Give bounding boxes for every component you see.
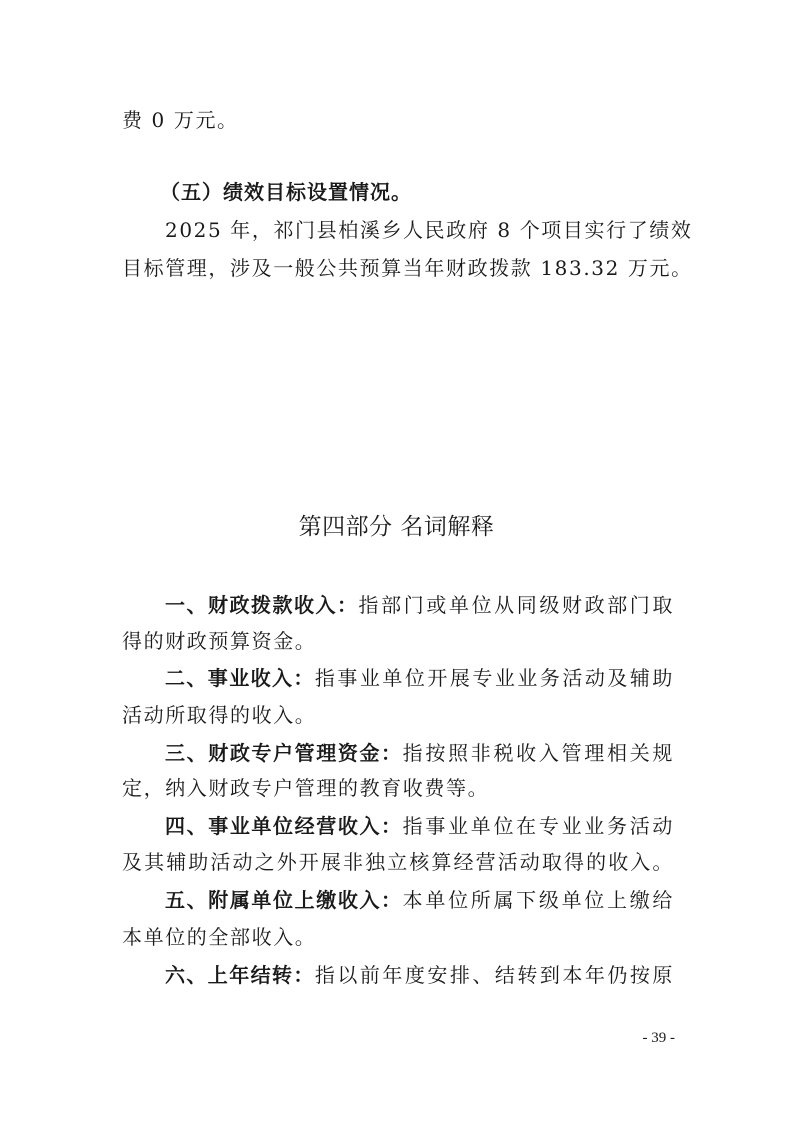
term-label: 一、财政拨款收入： bbox=[165, 593, 359, 617]
part-heading: 第四部分 名词解释 bbox=[0, 512, 793, 542]
section-title-performance-goals: （五）绩效目标设置情况。 bbox=[160, 179, 669, 205]
term-definition: 三、财政专户管理资金：指按照非税收入管理相关规 bbox=[165, 740, 674, 766]
term-definition-cont: 活动所取得的收入。 bbox=[122, 702, 674, 728]
term-definition: 六、上年结转：指以前年度安排、结转到本年仍按原 bbox=[165, 962, 674, 988]
paragraph-line: 目标管理，涉及一般公共预算当年财政拨款 183.32 万元。 bbox=[122, 255, 674, 281]
paragraph-line: 2025 年，祁门县柏溪乡人民政府 8 个项目实行了绩效 bbox=[165, 217, 674, 243]
term-definition-cont: 得的财政预算资金。 bbox=[122, 628, 674, 654]
term-definition: 五、附属单位上缴收入：本单位所属下级单位上缴给 bbox=[165, 887, 674, 913]
term-label: 五、附属单位上缴收入： bbox=[165, 888, 403, 912]
term-text: 指按照非税收入管理相关规 bbox=[403, 741, 674, 765]
term-definition: 四、事业单位经营收入：指事业单位在专业业务活动 bbox=[165, 813, 674, 839]
term-definition: 一、财政拨款收入：指部门或单位从同级财政部门取 bbox=[165, 592, 674, 618]
term-label: 二、事业收入： bbox=[165, 666, 315, 690]
term-definition-cont: 本单位的全部收入。 bbox=[122, 924, 674, 950]
term-text: 指事业单位在专业业务活动 bbox=[403, 814, 674, 838]
term-text: 本单位所属下级单位上缴给 bbox=[403, 888, 674, 912]
term-label: 四、事业单位经营收入： bbox=[165, 814, 403, 838]
term-definition-cont: 定，纳入财政专户管理的教育收费等。 bbox=[122, 775, 674, 801]
continued-text: 费 0 万元。 bbox=[122, 107, 674, 133]
term-text: 指事业单位开展专业业务活动及辅助 bbox=[315, 666, 674, 690]
term-text: 指以前年度安排、结转到本年仍按原 bbox=[315, 963, 674, 987]
term-definition: 二、事业收入：指事业单位开展专业业务活动及辅助 bbox=[165, 665, 674, 691]
term-text: 指部门或单位从同级财政部门取 bbox=[359, 593, 674, 617]
term-label: 三、财政专户管理资金： bbox=[165, 741, 403, 765]
term-definition-cont: 及其辅助活动之外开展非独立核算经营活动取得的收入。 bbox=[122, 849, 674, 875]
term-label: 六、上年结转： bbox=[165, 963, 315, 987]
page-number: - 39 - bbox=[600, 1030, 675, 1047]
